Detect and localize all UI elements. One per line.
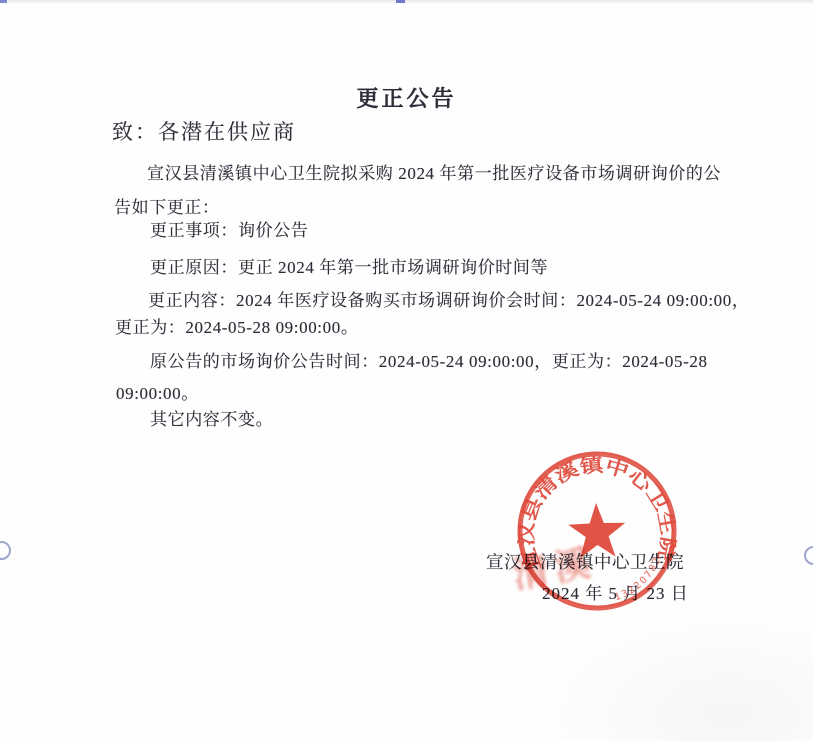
scan-artifact-mark [0,0,7,3]
scanned-document-page: 更正公告 致：各潜在供应商 宣汉县清溪镇中心卫生院拟采购 2024 年第一批医疗… [0,0,813,741]
original-notice-line1: 原公告的市场询价公告时间：2024-05-24 09:00:00，更正为：202… [150,347,708,372]
paragraph-intro-line1: 宣汉县清溪镇中心卫生院拟采购 2024 年第一批医疗设备市场调研询价的公 [147,159,721,184]
scan-artifact-mark [396,0,405,3]
hole-punch-left [0,541,11,560]
correction-reason: 更正原因：更正 2024 年第一批市场调研询价时间等 [150,253,548,278]
salutation: 致：各潜在供应商 [112,116,296,146]
paragraph-intro-line2: 告如下更正： [114,193,220,218]
correction-matter: 更正事项：询价公告 [150,216,308,241]
scan-edge-shadow [0,0,813,4]
hole-punch-right [804,546,813,565]
correction-content-line1: 更正内容：2024 年医疗设备购买市场调研询价会时间：2024-05-24 09… [148,286,749,311]
original-notice-line2: 09:00:00。 [116,379,199,404]
correction-content-line2: 更正为：2024-05-28 09:00:00。 [115,313,358,338]
scan-noise-patch [533,611,813,741]
closing-statement: 其它内容不变。 [150,405,273,430]
document-title: 更正公告 [0,82,813,113]
